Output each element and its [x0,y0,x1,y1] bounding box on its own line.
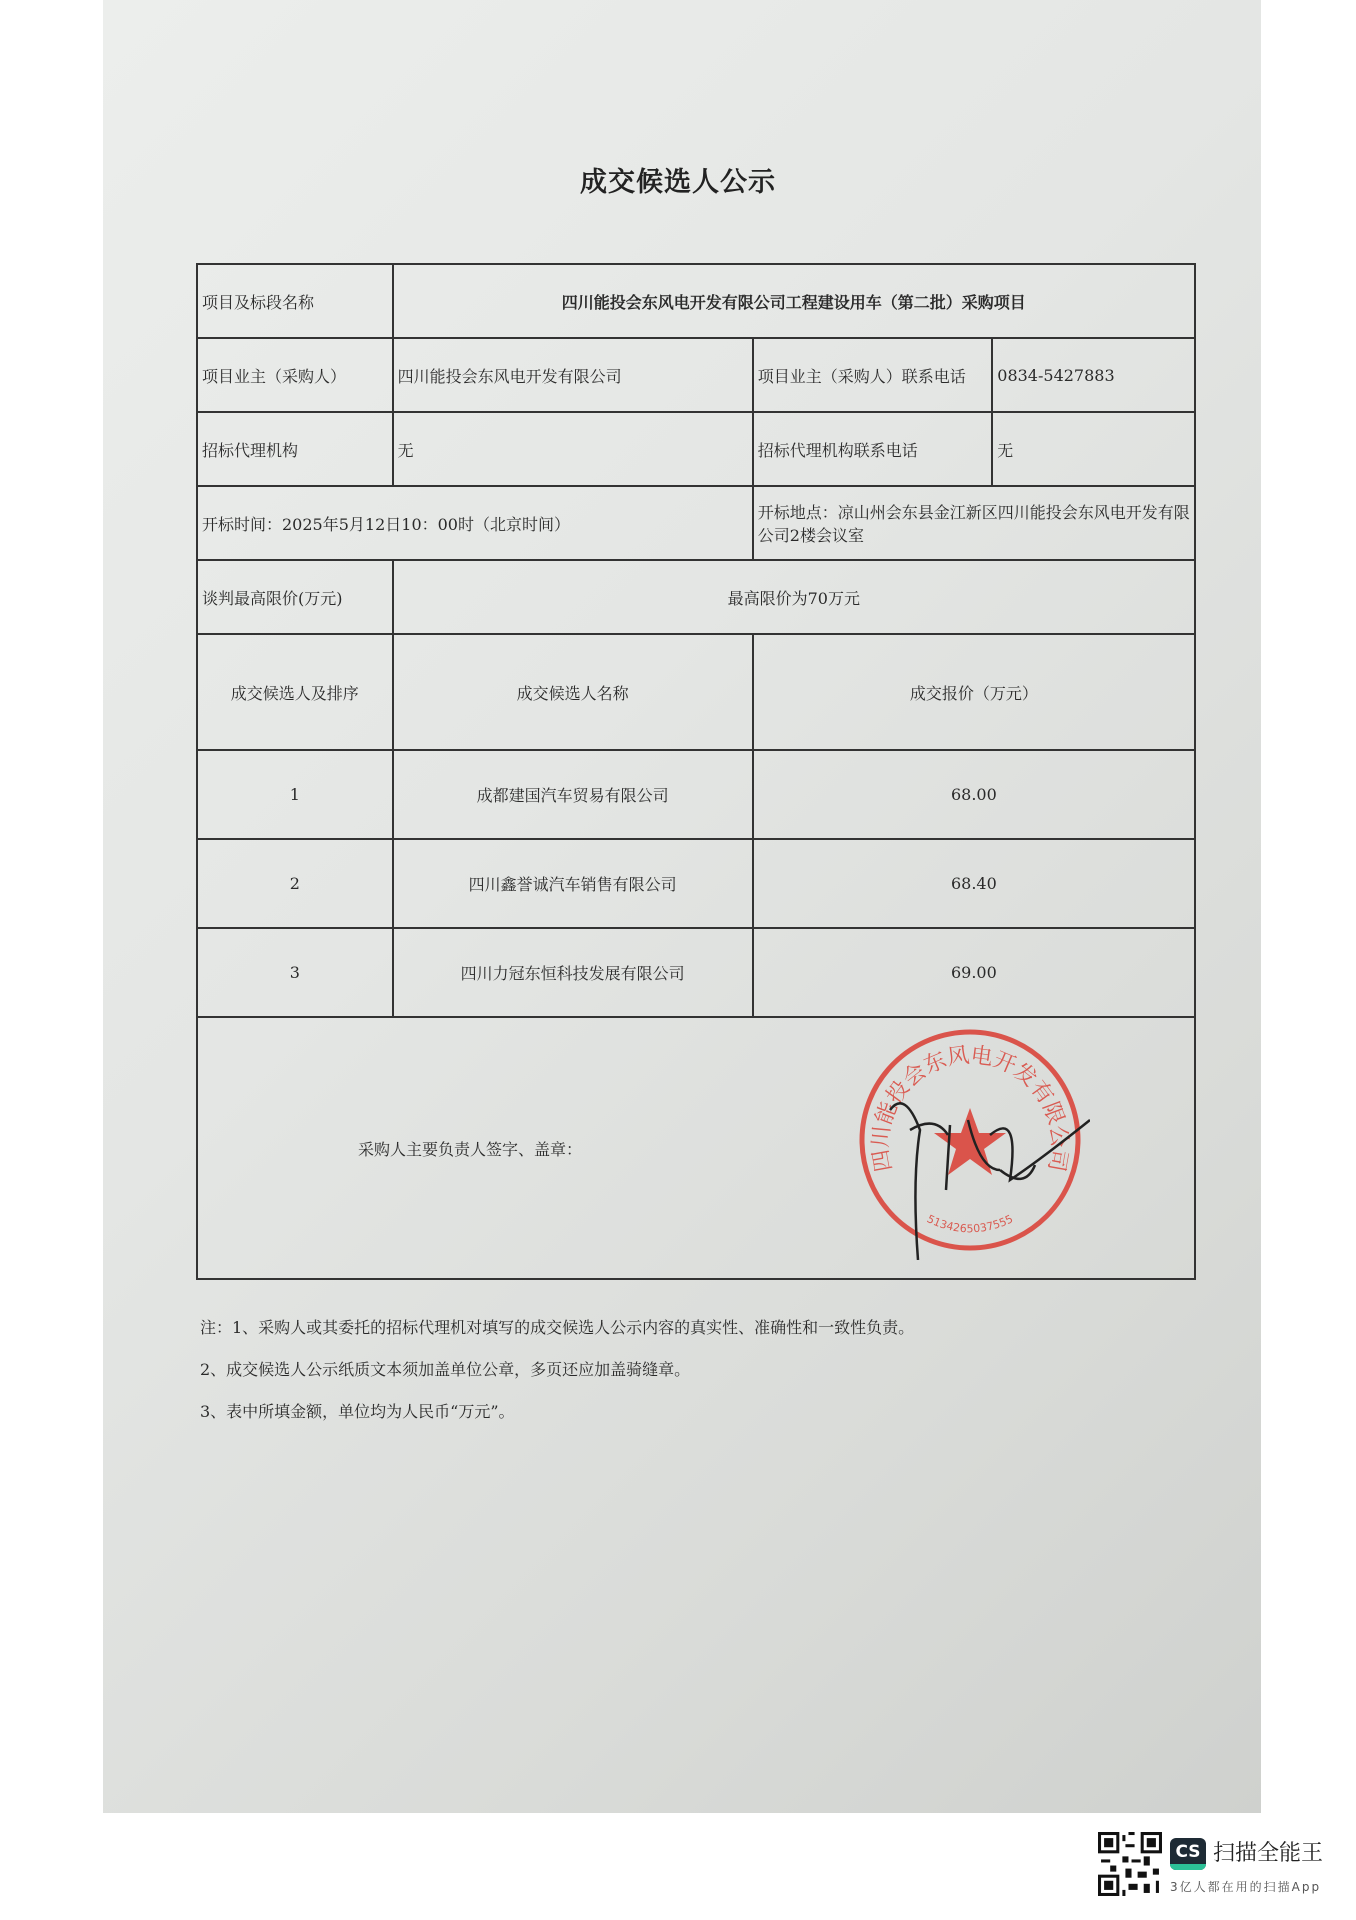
max-price-value: 最高限价为70万元 [393,560,1195,634]
note-3: 3、表中所填金额，单位均为人民币“万元”。 [200,1391,914,1433]
signature-label: 采购人主要负责人签字、盖章： [358,1140,582,1159]
agency-phone-label: 招标代理机构联系电话 [753,412,993,486]
camscanner-logo-icon: CS [1170,1838,1206,1870]
table-row: 3 四川力冠东恒科技发展有限公司 69.00 [197,928,1195,1017]
row-agency: 招标代理机构 无 招标代理机构联系电话 无 [197,412,1195,486]
svg-text:5134265037555: 5134265037555 [925,1212,1015,1235]
note-2: 2、成交候选人公示纸质文本须加盖单位公章，多页还应加盖骑缝章。 [200,1349,914,1391]
row-max-price: 谈判最高限价(万元) 最高限价为70万元 [197,560,1195,634]
agency-phone-value: 无 [992,412,1195,486]
row-opening: 开标时间：2025年5月12日10：00时（北京时间） 开标地点：凉山州会东县金… [197,486,1195,560]
owner-label: 项目业主（采购人） [197,338,393,412]
candidate-rank: 3 [197,928,393,1017]
candidate-price: 68.40 [753,839,1195,928]
max-price-label: 谈判最高限价(万元) [197,560,393,634]
header-price: 成交报价（万元） [753,634,1195,750]
owner-value: 四川能投会东风电开发有限公司 [393,338,753,412]
camscanner-tagline: 3亿人都在用的扫描App [1170,1878,1321,1895]
agency-value: 无 [393,412,753,486]
row-project-name: 项目及标段名称 四川能投会东风电开发有限公司工程建设用车（第二批）采购项目 [197,264,1195,338]
candidate-rank: 1 [197,750,393,839]
candidate-name: 成都建国汽车贸易有限公司 [393,750,753,839]
row-owner: 项目业主（采购人） 四川能投会东风电开发有限公司 项目业主（采购人）联系电话 0… [197,338,1195,412]
camscanner-name: 扫描全能王 [1213,1836,1323,1867]
owner-phone-label: 项目业主（采购人）联系电话 [753,338,993,412]
candidates-header-row: 成交候选人及排序 成交候选人名称 成交报价（万元） [197,634,1195,750]
candidate-price: 68.00 [753,750,1195,839]
company-seal-icon: 四川能投会东风电开发有限公司 5134265037555 [850,1020,1090,1260]
project-name-value: 四川能投会东风电开发有限公司工程建设用车（第二批）采购项目 [393,264,1195,338]
seal-number: 5134265037555 [925,1212,1015,1235]
header-name: 成交候选人名称 [393,634,753,750]
project-name-label: 项目及标段名称 [197,264,393,338]
open-place: 开标地点：凉山州会东县金江新区四川能投会东风电开发有限公司2楼会议室 [753,486,1195,560]
qr-code-icon [1098,1832,1162,1896]
document-title: 成交候选人公示 [0,160,1356,199]
open-time: 开标时间：2025年5月12日10：00时（北京时间） [197,486,753,560]
note-1: 注：1、采购人或其委托的招标代理机对填写的成交候选人公示内容的真实性、准确性和一… [200,1307,914,1349]
candidate-rank: 2 [197,839,393,928]
candidate-name: 四川力冠东恒科技发展有限公司 [393,928,753,1017]
candidate-name: 四川鑫誉诚汽车销售有限公司 [393,839,753,928]
header-rank: 成交候选人及排序 [197,634,393,750]
agency-label: 招标代理机构 [197,412,393,486]
candidate-price: 69.00 [753,928,1195,1017]
table-row: 2 四川鑫誉诚汽车销售有限公司 68.40 [197,839,1195,928]
owner-phone-value: 0834-5427883 [992,338,1195,412]
notes-section: 注：1、采购人或其委托的招标代理机对填写的成交候选人公示内容的真实性、准确性和一… [200,1307,914,1433]
table-row: 1 成都建国汽车贸易有限公司 68.00 [197,750,1195,839]
